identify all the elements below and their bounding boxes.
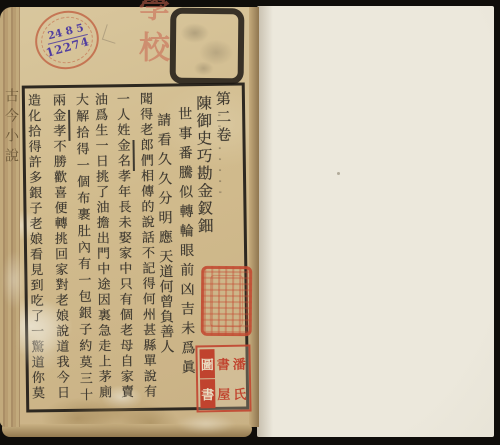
spine-running-title: 古今小說 bbox=[1, 88, 21, 168]
poem-column-left: 請看久久分明應天道何曾負善人 bbox=[155, 112, 176, 354]
seal-char: 潘 bbox=[231, 349, 247, 378]
gutter-shadow bbox=[257, 6, 273, 437]
poem-line-3: 請看久久分明應 bbox=[155, 112, 173, 249]
prose-column-2: 一人姓金名孝年長未娶家中只有個老母自家賣 bbox=[113, 92, 135, 400]
poem-line-4: 天道何曾負善人 bbox=[157, 249, 174, 354]
seal-char: 屋 bbox=[216, 379, 232, 408]
paper-speck bbox=[337, 172, 340, 175]
facing-blank-page bbox=[257, 6, 494, 437]
red-ornate-seal bbox=[201, 266, 253, 336]
collector-seal: 潘 書 圖 氏 屋 書 bbox=[195, 345, 251, 413]
black-square-seal bbox=[170, 8, 245, 85]
seal-char: 圖 bbox=[199, 349, 215, 378]
page-stack-edge bbox=[2, 424, 252, 437]
seal-char: 書 bbox=[215, 349, 231, 378]
poem-line-2: 眼前凶吉未爲眞 bbox=[178, 243, 196, 380]
proper-name-mark bbox=[132, 140, 134, 171]
spine-fold-edge bbox=[0, 7, 20, 427]
story-title: 陳御史巧勘金釵鈿 bbox=[196, 95, 216, 235]
school-mark-stamp: 學校 bbox=[129, 0, 174, 72]
proper-name-mark bbox=[68, 110, 70, 141]
seal-char: 書 bbox=[200, 379, 216, 408]
prose-column-6: 造化拾得許多銀子老娘看見到吃了一驚道你莫 bbox=[24, 93, 46, 401]
prose-column-3: 油爲生一日挑了油擔出門中途因裏急走上茅廁 bbox=[91, 92, 113, 400]
poem-line-1: 世事番騰似轉輪 bbox=[176, 106, 194, 243]
book-photo: 古今小說 第二卷 。。。。。。。。 陳御史巧勘金釵鈿 世事番騰似轉輪眼前凶吉未爲… bbox=[0, 0, 500, 445]
poem-column-right: 世事番騰似轉輪眼前凶吉未爲眞 bbox=[176, 106, 198, 379]
seal-char: 氏 bbox=[232, 379, 248, 408]
stamp-numbers: 24 8 5 12274 bbox=[33, 8, 101, 72]
